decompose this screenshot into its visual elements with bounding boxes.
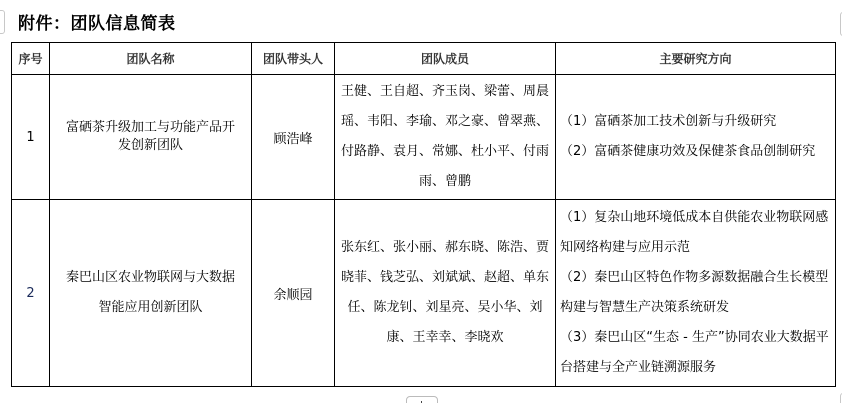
team-leader: 余顺园 — [252, 200, 335, 387]
team-name: 富硒茶升级加工与功能产品开发创新团队 — [50, 75, 252, 200]
research-directions: （1）复杂山地环境低成本自供能农业物联网感知网络构建与应用示范 （2）秦巴山区特… — [556, 200, 836, 387]
direction-item: （3）秦巴山区“生态 - 生产”协同农业大数据平台搭建与全产业链溯源服务 — [560, 323, 831, 383]
team-name: 秦巴山区农业物联网与大数据智能应用创新团队 — [50, 200, 252, 387]
research-directions: （1）富硒茶加工技术创新与升级研究 （2）富硒茶健康功效及保健茶食品创制研究 — [556, 75, 836, 200]
row-index: 2 — [12, 200, 50, 387]
header-members: 团队成员 — [335, 43, 556, 75]
direction-item: （1）富硒茶加工技术创新与升级研究 — [560, 107, 831, 137]
table-row: 2 秦巴山区农业物联网与大数据智能应用创新团队 余顺园 张东红、张小丽、郝东晓、… — [12, 200, 836, 387]
team-members: 王健、王自超、齐玉岗、梁蕾、周晨瑶、韦阳、李瑜、邓之豪、曾翠燕、付路静、袁月、常… — [335, 75, 556, 200]
header-leader: 团队带头人 — [252, 43, 335, 75]
team-info-table: 序号 团队名称 团队带头人 团队成员 主要研究方向 1 富硒茶升级加工与功能产品… — [11, 42, 836, 387]
direction-item: （1）复杂山地环境低成本自供能农业物联网感知网络构建与应用示范 — [560, 203, 831, 263]
document-title: 附件：团队信息简表 — [18, 12, 176, 36]
direction-item: （2）秦巴山区特色作物多源数据融合生长模型构建与智慧生产决策系统研发 — [560, 263, 831, 323]
table-row: 1 富硒茶升级加工与功能产品开发创新团队 顾浩峰 王健、王自超、齐玉岗、梁蕾、周… — [12, 75, 836, 200]
header-index: 序号 — [12, 43, 50, 75]
team-leader: 顾浩峰 — [252, 75, 335, 200]
team-members: 张东红、张小丽、郝东晓、陈浩、贾晓菲、钱芝弘、刘斌斌、赵超、单东任、陈龙钊、刘星… — [335, 200, 556, 387]
direction-item: （2）富硒茶健康功效及保健茶食品创制研究 — [560, 137, 831, 167]
left-scroll-handle[interactable] — [0, 10, 5, 34]
page-add-tab[interactable] — [406, 396, 438, 403]
header-team-name: 团队名称 — [50, 43, 252, 75]
row-index: 1 — [12, 75, 50, 200]
header-directions: 主要研究方向 — [556, 43, 836, 75]
table-header-row: 序号 团队名称 团队带头人 团队成员 主要研究方向 — [12, 43, 836, 75]
